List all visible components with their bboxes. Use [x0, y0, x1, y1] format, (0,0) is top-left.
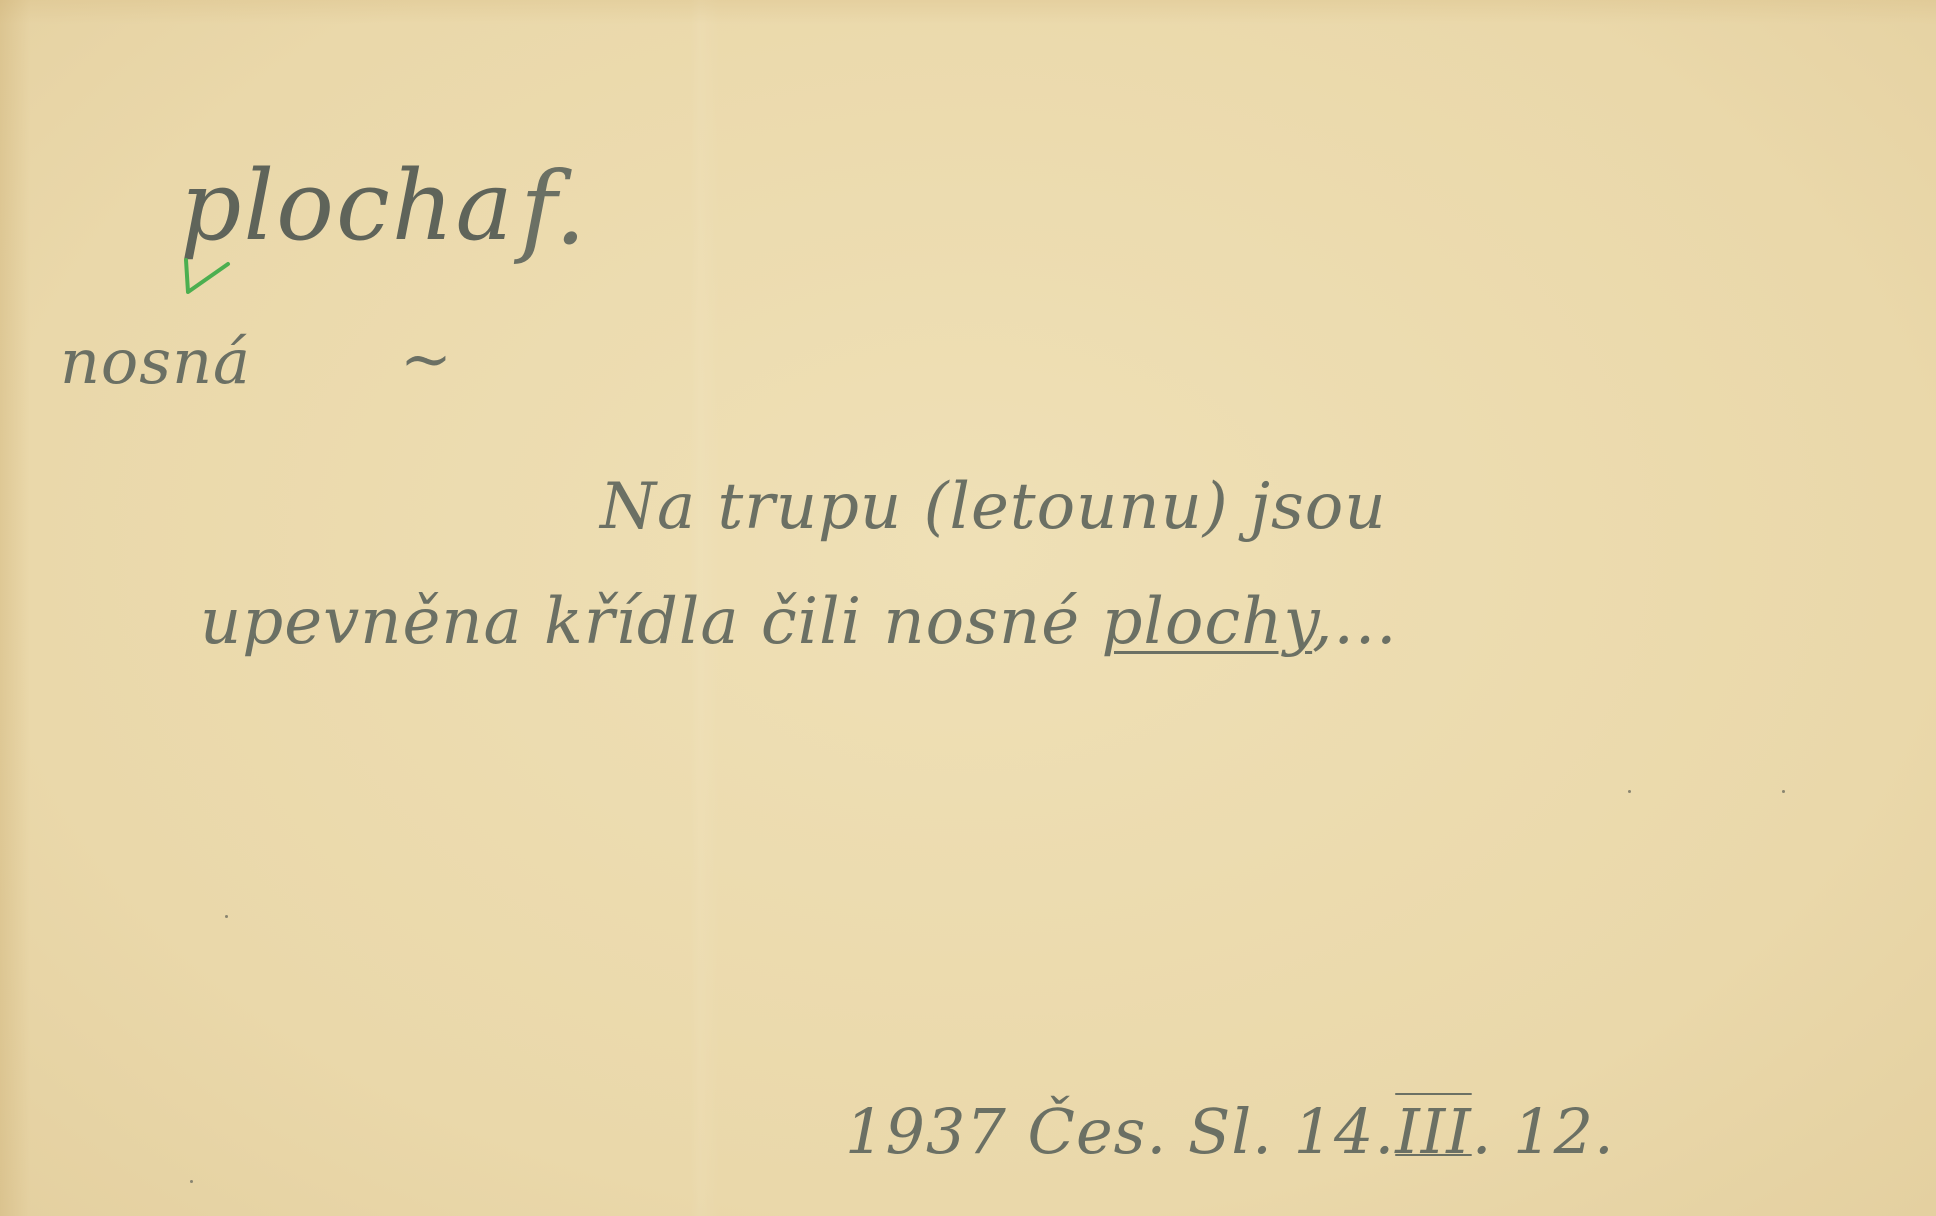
source-year: 1937 [845, 1095, 1007, 1168]
headword: plocha [180, 150, 515, 262]
collocation: nosná [60, 325, 251, 398]
example-line-2: upevněna křídla čili nosné plochy,... [200, 585, 1398, 659]
paper-speck [225, 915, 228, 918]
source-publication: Čes. Sl. [1028, 1095, 1273, 1168]
example-line-1: Na trupu (letounu) jsou [600, 470, 1387, 544]
example-ellipsis: ,... [1312, 585, 1397, 659]
index-card: plocha f. nosná ~ Na trupu (letounu) jso… [0, 0, 1936, 1216]
collocation-marker: ~ [400, 322, 453, 395]
green-check-mark-icon [180, 258, 240, 298]
source-month: III [1395, 1095, 1471, 1168]
paper-speck [1782, 790, 1785, 793]
paper-speck [190, 1180, 193, 1183]
source-day: 14. [1294, 1095, 1396, 1168]
paper-speck [1628, 790, 1631, 793]
example-text: upevněna křídla čili nosné [200, 585, 1080, 659]
source-page: . 12. [1472, 1095, 1615, 1168]
source-citation: 1937 Čes. Sl. 14.III. 12. [845, 1095, 1615, 1168]
example-highlight: plochy [1101, 585, 1312, 659]
grammar-label: f. [520, 150, 587, 267]
